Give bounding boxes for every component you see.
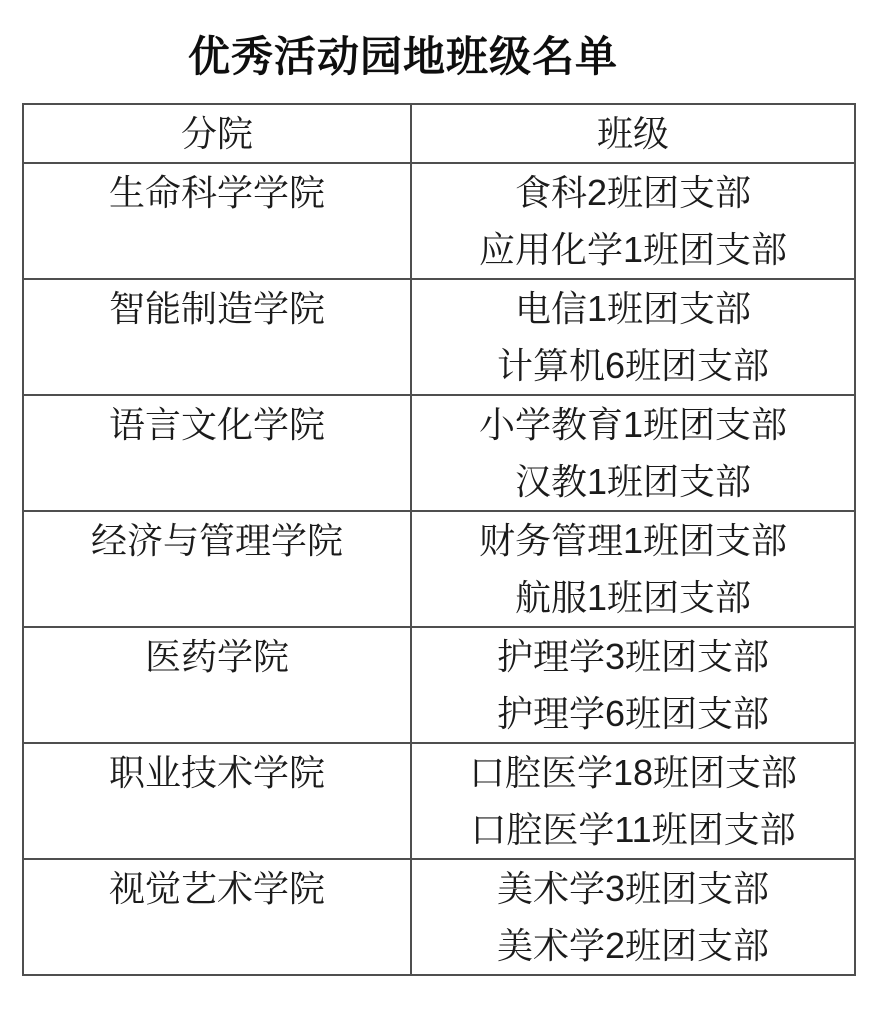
class-name: 美术学3班团支部 — [412, 860, 854, 917]
college-name: 经济与管理学院 — [24, 512, 410, 569]
class-name: 电信1班团支部 — [412, 280, 854, 337]
table-row: 经济与管理学院 财务管理1班团支部 航服1班团支部 — [23, 511, 855, 627]
college-cell: 生命科学学院 — [23, 163, 411, 279]
class-name: 口腔医学18班团支部 — [412, 744, 854, 801]
class-name: 食科2班团支部 — [412, 164, 854, 221]
class-name: 计算机6班团支部 — [412, 337, 854, 394]
table-row: 智能制造学院 电信1班团支部 计算机6班团支部 — [23, 279, 855, 395]
class-cell: 电信1班团支部 计算机6班团支部 — [411, 279, 855, 395]
college-name: 职业技术学院 — [24, 744, 410, 801]
college-name: 智能制造学院 — [24, 280, 410, 337]
class-name: 美术学2班团支部 — [412, 917, 854, 974]
table-row: 职业技术学院 口腔医学18班团支部 口腔医学11班团支部 — [23, 743, 855, 859]
college-cell: 职业技术学院 — [23, 743, 411, 859]
column-header-class: 班级 — [411, 104, 855, 163]
header-row: 分院 班级 — [23, 104, 855, 163]
roster-table: 分院 班级 生命科学学院 食科2班团支部 应用化学1班团支部 智能制造学院 电信… — [22, 103, 856, 976]
class-cell: 口腔医学18班团支部 口腔医学11班团支部 — [411, 743, 855, 859]
class-name: 小学教育1班团支部 — [412, 396, 854, 453]
college-name: 医药学院 — [24, 628, 410, 685]
class-cell: 美术学3班团支部 美术学2班团支部 — [411, 859, 855, 975]
class-name: 护理学3班团支部 — [412, 628, 854, 685]
table-row: 视觉艺术学院 美术学3班团支部 美术学2班团支部 — [23, 859, 855, 975]
college-cell: 语言文化学院 — [23, 395, 411, 511]
college-name: 视觉艺术学院 — [24, 860, 410, 917]
class-name: 财务管理1班团支部 — [412, 512, 854, 569]
class-cell: 小学教育1班团支部 汉教1班团支部 — [411, 395, 855, 511]
class-name: 口腔医学11班团支部 — [412, 801, 854, 858]
class-cell: 护理学3班团支部 护理学6班团支部 — [411, 627, 855, 743]
class-cell: 食科2班团支部 应用化学1班团支部 — [411, 163, 855, 279]
table-row: 语言文化学院 小学教育1班团支部 汉教1班团支部 — [23, 395, 855, 511]
document-page: 优秀活动园地班级名单 分院 班级 生命科学学院 食科2班团支部 应用化学1班团支… — [0, 0, 876, 1009]
table-row: 生命科学学院 食科2班团支部 应用化学1班团支部 — [23, 163, 855, 279]
table-row: 医药学院 护理学3班团支部 护理学6班团支部 — [23, 627, 855, 743]
college-cell: 智能制造学院 — [23, 279, 411, 395]
page-title: 优秀活动园地班级名单 — [188, 24, 618, 84]
college-name: 生命科学学院 — [24, 164, 410, 221]
class-name: 航服1班团支部 — [412, 569, 854, 626]
class-name: 汉教1班团支部 — [412, 453, 854, 510]
college-cell: 经济与管理学院 — [23, 511, 411, 627]
college-cell: 医药学院 — [23, 627, 411, 743]
college-cell: 视觉艺术学院 — [23, 859, 411, 975]
class-cell: 财务管理1班团支部 航服1班团支部 — [411, 511, 855, 627]
column-header-college: 分院 — [23, 104, 411, 163]
class-name: 应用化学1班团支部 — [412, 221, 854, 278]
class-name: 护理学6班团支部 — [412, 685, 854, 742]
college-name: 语言文化学院 — [24, 396, 410, 453]
